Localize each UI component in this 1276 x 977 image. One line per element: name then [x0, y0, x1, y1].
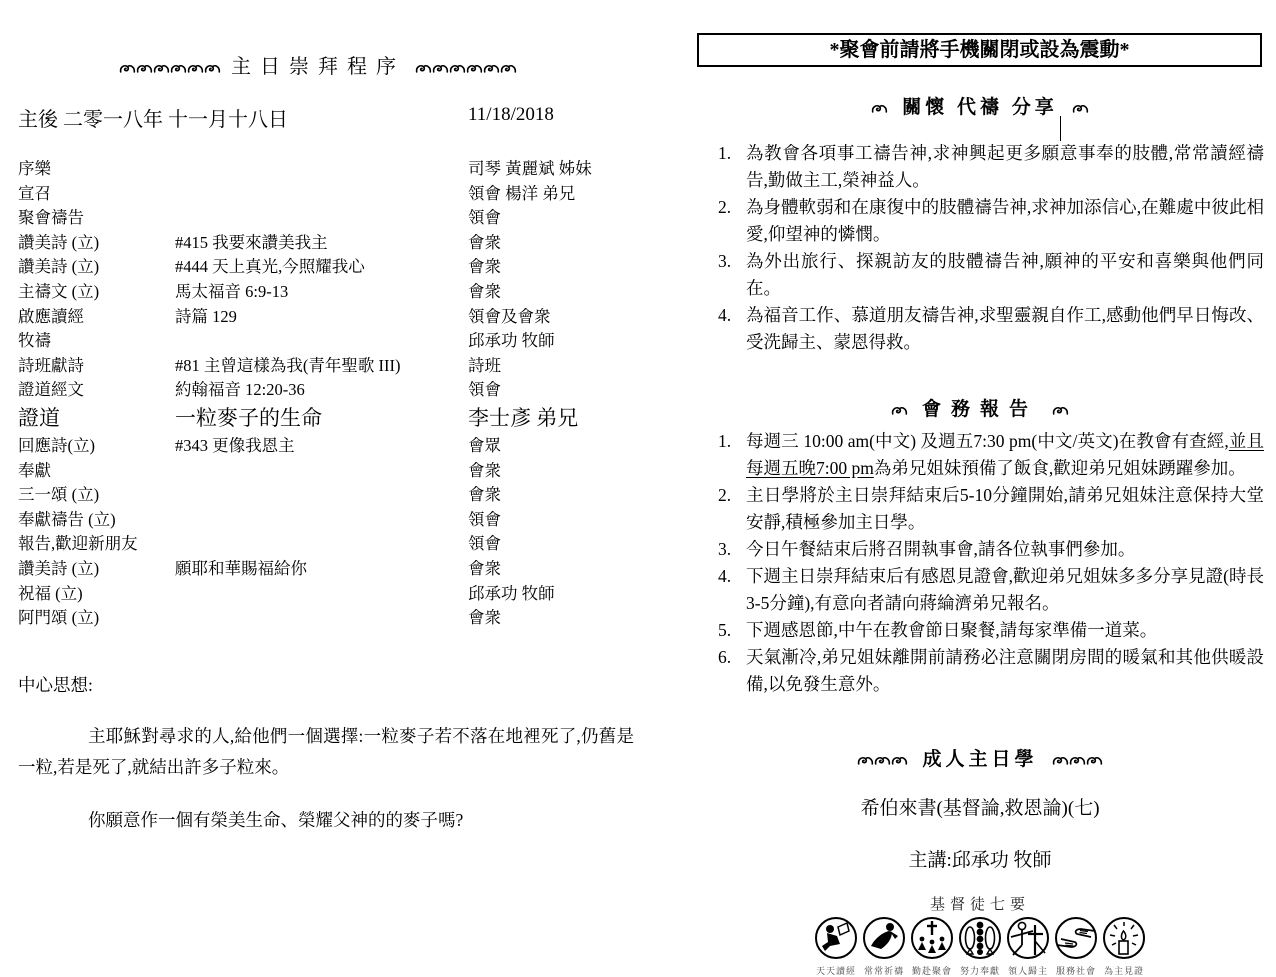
church-meeting-icon — [909, 915, 955, 961]
central-thought-label: 中心思想: — [18, 670, 634, 701]
program-detail: #415 我要來讚美我主 — [175, 231, 468, 256]
list-item: 5.下週感恩節,中午在教會節日聚餐,請每家準備一道菜。 — [718, 617, 1264, 644]
list-number: 4. — [718, 563, 746, 617]
program-detail — [175, 157, 468, 182]
list-item: 1.每週三 10:00 am(中文) 及週五7:30 pm(中文/英文)在教會有… — [718, 428, 1264, 482]
swirl-ornament-icon — [153, 63, 170, 74]
list-number: 3. — [718, 536, 746, 563]
swirl-ornament-icon — [1069, 755, 1086, 766]
swirl-ornament-icon — [1072, 103, 1089, 114]
list-number: 3. — [718, 248, 746, 302]
program-who: 領會 楊洋 弟兄 — [468, 182, 636, 207]
list-item: 4.下週主日崇拜結束后有感恩見證會,歡迎弟兄姐妹多多分享見證(時長3-5分鐘),… — [718, 563, 1264, 617]
list-item: 6.天氣漸冷,弟兄姐妹離開前請務必注意關閉房間的暖氣和其他供暖設備,以免發生意外… — [718, 644, 1264, 698]
program-item: 奉獻禱告 (立) — [18, 508, 175, 533]
care-section-title: 關懷 代禱 分享 — [902, 97, 1058, 118]
report-item-text: 每週三 10:00 am(中文) 及週五7:30 pm(中文/英文)在教會有查經… — [746, 431, 1229, 451]
essential-item: 勤赴聚會 — [908, 915, 956, 977]
swirl-ornament-icon — [187, 63, 204, 74]
swirl-ornament-icon — [1086, 755, 1103, 766]
program-row: 讚美詩 (立)願耶和華賜福給你會衆 — [18, 557, 636, 582]
program-detail: #343 更像我恩主 — [175, 434, 468, 459]
program-item: 證道經文 — [18, 378, 175, 403]
offering-icon — [957, 915, 1003, 961]
swirl-ornament-icon — [432, 63, 449, 74]
swirl-ornament-icon — [1052, 405, 1069, 416]
list-text: 為福音工作、慕道朋友禱告神,求聖靈親自作工,感動他們早日悔改、受洗歸主、蒙恩得救… — [746, 302, 1264, 356]
page-title: 主日崇拜程序 — [231, 56, 405, 78]
swirl-ornament-icon — [170, 63, 187, 74]
worship-program-header: 主日崇拜程序 — [18, 50, 618, 79]
program-row: 主禱文 (立)馬太福音 6:9-13會衆 — [18, 280, 636, 305]
program-item: 啟應讀經 — [18, 305, 175, 330]
list-number: 2. — [718, 194, 746, 248]
sunday-school-heading: 成人主日學 — [690, 744, 1270, 771]
program-row: 詩班獻詩#81 主曾這樣為我(青年聖歌 III)詩班 — [18, 354, 636, 379]
program-detail: 馬太福音 6:9-13 — [175, 280, 468, 305]
program-detail — [175, 329, 468, 354]
program-detail — [175, 508, 468, 533]
program-item: 報告,歡迎新朋友 — [18, 532, 175, 557]
seven-essentials-title: 基督徒七要 — [690, 893, 1270, 914]
list-text: 每週三 10:00 am(中文) 及週五7:30 pm(中文/英文)在教會有查經… — [746, 428, 1264, 482]
program-row: 三一頌 (立)會衆 — [18, 483, 636, 508]
essential-caption: 領人歸主 — [1008, 964, 1048, 977]
program-who: 領會 — [468, 532, 636, 557]
care-prayer-list: 1.為教會各項事工禱告神,求神興起更多願意事奉的肢體,常常讀經禱告,勤做主工,榮… — [718, 140, 1264, 356]
church-bulletin-document: 主日崇拜程序 主後 二零一八年 十一月十八日 11/18/2018 序樂司琴 黃… — [0, 0, 1276, 977]
program-row: 啟應讀經詩篇 129領會及會衆 — [18, 305, 636, 330]
sunday-school-topic: 希伯來書(基督論,救恩論)(七) — [690, 793, 1270, 820]
program-row: 阿門頌 (立)會衆 — [18, 606, 636, 631]
program-detail: 願耶和華賜福給你 — [175, 557, 468, 582]
program-detail: #444 天上真光,今照耀我心 — [175, 255, 468, 280]
central-thought-paragraph: 主耶穌對尋求的人,給他們一個選擇:一粒麥子若不落在地裡死了,仍舊是一粒,若是死了… — [18, 721, 634, 783]
list-number: 6. — [718, 644, 746, 698]
seven-essentials-icons: 天天讀經 常常祈禱 勤赴聚會 努力奉獻 領人歸主 服務社會 — [690, 915, 1270, 977]
program-who: 詩班 — [468, 354, 636, 379]
program-item: 牧禱 — [18, 329, 175, 354]
program-row: 回應詩(立)#343 更像我恩主會眾 — [18, 434, 636, 459]
list-item: 2.主日學將於主日崇拜結束后5-10分鐘開始,請弟兄姐妹注意保持大堂安靜,積極參… — [718, 482, 1264, 536]
program-item: 宣召 — [18, 182, 175, 207]
program-row: 報告,歡迎新朋友領會 — [18, 532, 636, 557]
program-who: 領會及會衆 — [468, 305, 636, 330]
program-detail — [175, 582, 468, 607]
list-text: 下週感恩節,中午在教會節日聚餐,請每家準備一道菜。 — [746, 617, 1264, 644]
list-item: 3.為外出旅行、探親訪友的肢體禱告神,願神的平安和喜樂與他們同在。 — [718, 248, 1264, 302]
church-report-list: 1.每週三 10:00 am(中文) 及週五7:30 pm(中文/英文)在教會有… — [718, 428, 1264, 698]
phone-notice-box: *聚會前請將手機關閉或設為震動* — [697, 33, 1262, 67]
program-item: 阿門頌 (立) — [18, 606, 175, 631]
program-detail — [175, 459, 468, 484]
program-row: 奉獻會衆 — [18, 459, 636, 484]
essential-item: 常常祈禱 — [860, 915, 908, 977]
program-who: 司琴 黃麗斌 姊妹 — [468, 157, 636, 182]
program-row: 讚美詩 (立)#444 天上真光,今照耀我心會衆 — [18, 255, 636, 280]
program-item: 讚美詩 (立) — [18, 557, 175, 582]
program-row: 讚美詩 (立)#415 我要來讚美我主會衆 — [18, 231, 636, 256]
program-who: 會衆 — [468, 606, 636, 631]
list-item: 2.為身體軟弱和在康復中的肢體禱告神,求神加添信心,在難處中彼此相愛,仰望神的憐… — [718, 194, 1264, 248]
essential-item: 努力奉獻 — [956, 915, 1004, 977]
serving-hands-icon — [1053, 915, 1099, 961]
program-detail: #81 主曾這樣為我(青年聖歌 III) — [175, 354, 468, 379]
report-section-heading: 會務報告 — [690, 394, 1270, 421]
program-who: 邱承功 牧師 — [468, 329, 636, 354]
program-item: 序樂 — [18, 157, 175, 182]
program-who: 邱承功 牧師 — [468, 582, 636, 607]
program-who: 領會 — [468, 508, 636, 533]
essential-caption: 常常祈禱 — [864, 964, 904, 977]
candle-witness-icon — [1101, 915, 1147, 961]
program-item: 證道 — [18, 403, 175, 434]
list-number: 5. — [718, 617, 746, 644]
swirl-ornament-icon — [136, 63, 153, 74]
essential-caption: 服務社會 — [1056, 964, 1096, 977]
essential-caption: 天天讀經 — [816, 964, 856, 977]
worship-program-table: 序樂司琴 黃麗斌 姊妹 宣召領會 楊洋 弟兄 聚會禱告領會 讚美詩 (立)#41… — [18, 157, 636, 631]
sunday-school-speaker: 主講:邱承功 牧師 — [690, 845, 1270, 872]
program-row: 證道經文約翰福音 12:20-36領會 — [18, 378, 636, 403]
program-detail — [175, 182, 468, 207]
list-item: 3.今日午餐結束后將召開執事會,請各位執事們參加。 — [718, 536, 1264, 563]
swirl-ornament-icon — [1052, 755, 1069, 766]
stray-vertical-line — [1060, 116, 1061, 141]
central-thought-question: 你願意作一個有榮美生命、榮耀父神的的麥子嗎? — [18, 805, 634, 836]
program-item: 讚美詩 (立) — [18, 255, 175, 280]
report-section-title: 會務報告 — [922, 399, 1038, 420]
sunday-school-title: 成人主日學 — [922, 749, 1037, 770]
program-who: 會衆 — [468, 231, 636, 256]
essential-item: 服務社會 — [1052, 915, 1100, 977]
program-detail — [175, 483, 468, 508]
program-item: 祝福 (立) — [18, 582, 175, 607]
program-item: 三一頌 (立) — [18, 483, 175, 508]
swirl-ornament-icon — [204, 63, 221, 74]
program-row: 奉獻禱告 (立)領會 — [18, 508, 636, 533]
program-item: 聚會禱告 — [18, 206, 175, 231]
essential-caption: 努力奉獻 — [960, 964, 1000, 977]
list-text: 下週主日崇拜結束后有感恩見證會,歡迎弟兄姐妹多多分享見證(時長3-5分鐘),有意… — [746, 563, 1264, 617]
essential-item: 領人歸主 — [1004, 915, 1052, 977]
praying-icon — [861, 915, 907, 961]
swirl-ornament-icon — [415, 63, 432, 74]
swirl-ornament-icon — [891, 405, 908, 416]
program-item: 回應詩(立) — [18, 434, 175, 459]
program-who: 會衆 — [468, 459, 636, 484]
swirl-ornament-icon — [449, 63, 466, 74]
list-number: 1. — [718, 428, 746, 482]
program-who: 領會 — [468, 378, 636, 403]
list-text: 今日午餐結束后將召開執事會,請各位執事們參加。 — [746, 536, 1264, 563]
swirl-ornament-icon — [857, 755, 874, 766]
date-chinese: 主後 二零一八年 十一月十八日 — [18, 109, 288, 131]
program-row: 祝福 (立)邱承功 牧師 — [18, 582, 636, 607]
program-row: 宣召領會 楊洋 弟兄 — [18, 182, 636, 207]
list-text: 為身體軟弱和在康復中的肢體禱告神,求神加添信心,在難處中彼此相愛,仰望神的憐憫。 — [746, 194, 1264, 248]
leading-to-christ-icon — [1005, 915, 1051, 961]
program-detail — [175, 606, 468, 631]
essential-caption: 為主見證 — [1104, 964, 1144, 977]
swirl-ornament-icon — [119, 63, 136, 74]
list-text: 主日學將於主日崇拜結束后5-10分鐘開始,請弟兄姐妹注意保持大堂安靜,積極參加主… — [746, 482, 1264, 536]
seven-essentials-graphic: 基督徒七要 天天讀經 常常祈禱 勤赴聚會 努力奉獻 領人歸主 — [690, 893, 1270, 977]
program-who: 領會 — [468, 206, 636, 231]
program-who: 李士彥 弟兄 — [468, 403, 636, 434]
list-item: 1.為教會各項事工禱告神,求神興起更多願意事奉的肢體,常常讀經禱告,勤做主工,榮… — [718, 140, 1264, 194]
date-row: 主後 二零一八年 十一月十八日 11/18/2018 — [18, 103, 618, 132]
report-item-text: 為弟兄姐妹預備了飯食,歡迎弟兄姐妹踴躍參加。 — [874, 458, 1246, 478]
list-number: 1. — [718, 140, 746, 194]
central-thought-section: 中心思想: 主耶穌對尋求的人,給他們一個選擇:一粒麥子若不落在地裡死了,仍舊是一… — [18, 670, 634, 858]
program-row: 牧禱邱承功 牧師 — [18, 329, 636, 354]
swirl-ornament-icon — [500, 63, 517, 74]
program-detail — [175, 206, 468, 231]
essential-caption: 勤赴聚會 — [912, 964, 952, 977]
program-item: 奉獻 — [18, 459, 175, 484]
essential-item: 為主見證 — [1100, 915, 1148, 977]
swirl-ornament-icon — [891, 755, 908, 766]
list-item: 4.為福音工作、慕道朋友禱告神,求聖靈親自作工,感動他們早日悔改、受洗歸主、蒙恩… — [718, 302, 1264, 356]
program-detail: 約翰福音 12:20-36 — [175, 378, 468, 403]
list-number: 4. — [718, 302, 746, 356]
program-who: 會衆 — [468, 280, 636, 305]
reading-bible-icon — [813, 915, 859, 961]
list-text: 天氣漸冷,弟兄姐妹離開前請務必注意關閉房間的暖氣和其他供暖設備,以免發生意外。 — [746, 644, 1264, 698]
program-item: 詩班獻詩 — [18, 354, 175, 379]
swirl-ornament-icon — [874, 755, 891, 766]
program-who: 會衆 — [468, 255, 636, 280]
essential-item: 天天讀經 — [812, 915, 860, 977]
program-who: 會眾 — [468, 434, 636, 459]
program-row: 序樂司琴 黃麗斌 姊妹 — [18, 157, 636, 182]
date-western: 11/18/2018 — [468, 104, 554, 126]
list-text: 為教會各項事工禱告神,求神興起更多願意事奉的肢體,常常讀經禱告,勤做主工,榮神益… — [746, 140, 1264, 194]
program-item: 讚美詩 (立) — [18, 231, 175, 256]
program-row: 聚會禱告領會 — [18, 206, 636, 231]
program-detail: 一粒麥子的生命 — [175, 403, 468, 434]
program-item: 主禱文 (立) — [18, 280, 175, 305]
program-detail: 詩篇 129 — [175, 305, 468, 330]
program-row-sermon: 證道一粒麥子的生命李士彥 弟兄 — [18, 403, 636, 434]
program-detail — [175, 532, 468, 557]
swirl-ornament-icon — [483, 63, 500, 74]
list-text: 為外出旅行、探親訪友的肢體禱告神,願神的平安和喜樂與他們同在。 — [746, 248, 1264, 302]
program-who: 會衆 — [468, 483, 636, 508]
list-number: 2. — [718, 482, 746, 536]
swirl-ornament-icon — [466, 63, 483, 74]
program-who: 會衆 — [468, 557, 636, 582]
care-section-heading: 關懷 代禱 分享 — [690, 92, 1270, 119]
swirl-ornament-icon — [871, 103, 888, 114]
